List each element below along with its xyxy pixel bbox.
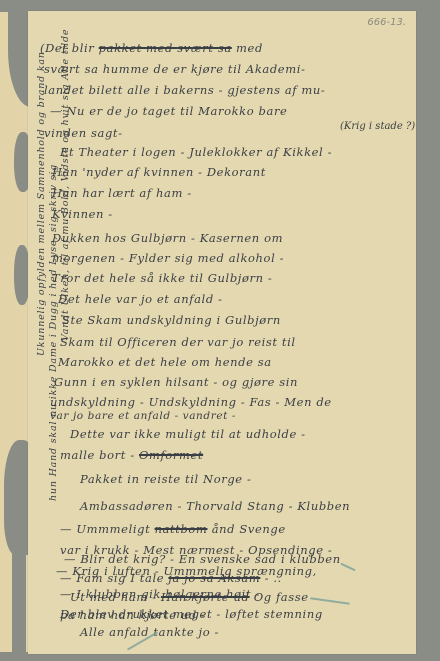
manuscript-line: — Nu er de jo taget til Marokko bare (50, 104, 287, 118)
manuscript-line: Ste Skam undskyldning i Gulbjørn (62, 313, 281, 327)
manuscript-line: Han har lært af ham - (52, 186, 192, 200)
manuscript-line: var jo bare et anfald - vandret - (50, 410, 236, 422)
paper-tear-bottom (12, 540, 26, 661)
manuscript-page: 666-13. (Det blir pakket med svært sa me… (28, 11, 416, 654)
margin-note: Vandt Ulken, til af mu Bold, Vidste og h… (60, 29, 71, 341)
manuscript-line: — Ummmeligt nattbom ånd Svenge (60, 522, 286, 536)
manuscript-line: svært sa humme de er kjøre til Akademi- (44, 62, 305, 76)
manuscript-line: — Fam sig I tale ja jo sa Aksam - .. (60, 571, 282, 585)
manuscript-line: Pakket in reiste til Norge - (80, 472, 251, 486)
manuscript-line: (Det blir pakket med svært sa med (40, 41, 263, 55)
manuscript-line: morgenen - Fylder sig med alkohol - (52, 251, 284, 265)
blue-pencil-mark (310, 597, 350, 605)
manuscript-line: pa ham han kjørte ud - (60, 608, 206, 622)
manuscript-line: Skam til Officeren der var jo reist til (60, 335, 296, 349)
manuscript-body-lower: — Blir det krig? - En svenske sad i klub… (40, 552, 410, 652)
aside-note: (Krig i stade ?) (340, 121, 415, 132)
blue-pencil-mark (340, 563, 355, 572)
manuscript-line: Dette var ikke muligt til at udholde - (70, 427, 306, 441)
manuscript-line: — Blir det krig? - En svenske sad i klub… (64, 552, 341, 566)
manuscript-line: Tror det hele så ikke til Gulbjørn - (52, 271, 272, 285)
manuscript-line: Ambassadøren - Thorvald Stang - Klubben (80, 499, 350, 513)
manuscript-line: malle bort - Omformet (60, 448, 203, 462)
folio-number: 666-13. (367, 17, 406, 28)
manuscript-line: landet bilett alle i bakerns - gjestens … (44, 83, 325, 97)
manuscript-line: Det hele var jo et anfald - (58, 292, 223, 306)
manuscript-line: vinden sagt- (44, 126, 123, 140)
margin-note: Ukunnelig opfylden mellem Sammenhold og … (36, 51, 47, 356)
manuscript-line: Ut med ham - Han kjørte ud Og fasse (70, 590, 309, 604)
manuscript-line: Dukken hos Gulbjørn - Kasernen om (52, 231, 283, 245)
manuscript-line: Et Theater i logen - Juleklokker af Kikk… (60, 145, 332, 159)
manuscript-line: undskyldning - Undskyldning - Fas - Men … (50, 395, 332, 409)
manuscript-line: Marokko et det hele om hende sa (58, 355, 272, 369)
manuscript-body: (Det blir pakket med svært sa med svært … (40, 41, 410, 641)
manuscript-line: Gunn i en syklen hilsant - og gjøre sin (54, 375, 298, 389)
margin-note: hun Hand skal nu ikke Dame i Dugg i hed … (48, 164, 59, 501)
manuscript-line: Han 'nyder af kvinnen - Dekorant (52, 165, 266, 179)
